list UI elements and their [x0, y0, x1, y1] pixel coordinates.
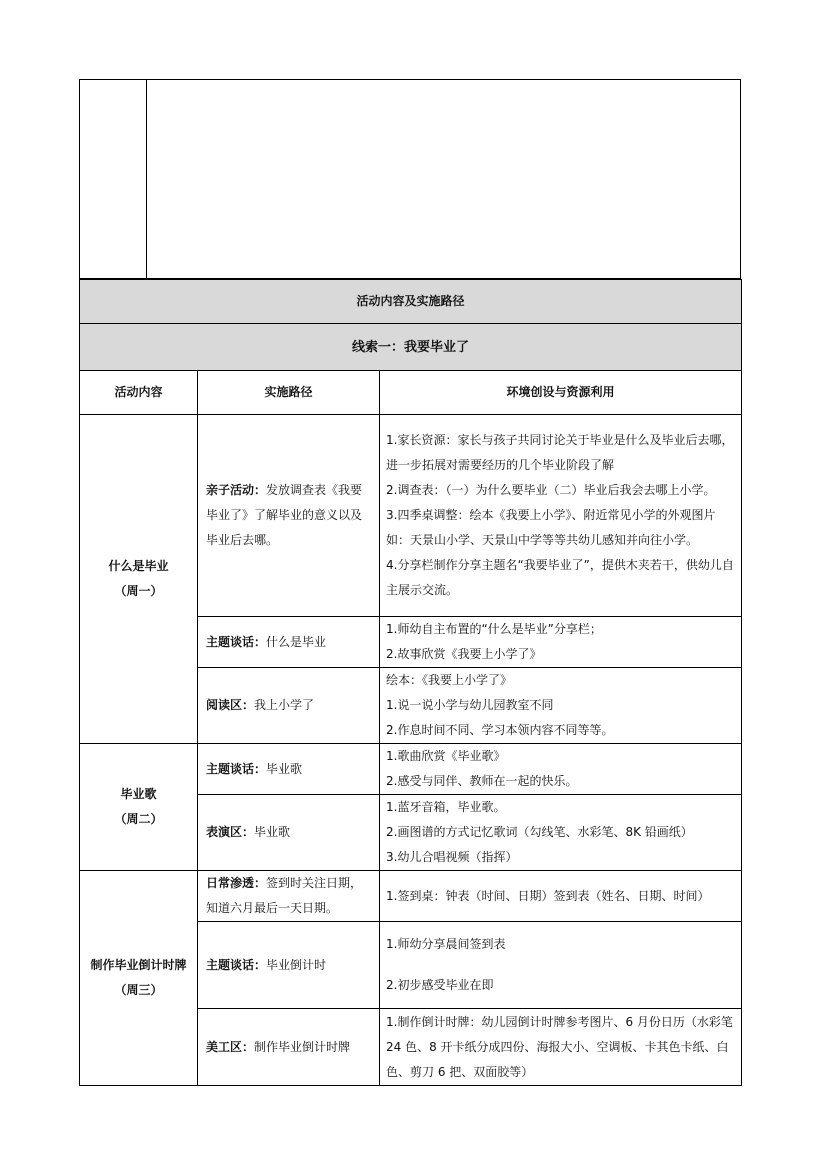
environment-cell: 1.蓝牙音箱，毕业歌。 2.画图谱的方式记忆歌词（勾线笔、水彩笔、8K 铅画纸）… — [380, 795, 742, 871]
section-title-row: 活动内容及实施路径 — [80, 280, 742, 324]
env-line: 1.家长资源：家长与孩子共同讨论关于毕业是什么及毕业后去哪，进一步拓展对需要经历… — [386, 428, 735, 478]
env-line: 2.调查表：（一）为什么要毕业（二）毕业后我会去哪上小学。 — [386, 478, 735, 503]
column-header-path: 实施路径 — [198, 371, 380, 415]
activity-cell: 什么是毕业 （周一） — [80, 415, 198, 744]
activity-plan-table: 活动内容及实施路径 线索一：我要毕业了 活动内容 实施路径 环境创设与资源利用 … — [79, 279, 742, 1086]
path-label: 主题谈话： — [206, 635, 266, 649]
environment-cell: 绘本：《我要上小学了》 1.说一说小学与幼儿园教室不同 2.作息时间不同、学习本… — [380, 668, 742, 744]
activity-day: （周二） — [88, 807, 189, 832]
env-line: 1.制作倒计时牌：幼儿园倒计时牌参考图片、6 月份日历（水彩笔 24 色、8 开… — [386, 1010, 735, 1085]
path-text: 毕业倒计时 — [266, 958, 326, 972]
path-label: 美工区： — [206, 1040, 254, 1054]
path-cell: 阅读区：我上小学了 — [198, 668, 380, 744]
env-line: 1.蓝牙音箱，毕业歌。 — [386, 795, 735, 820]
environment-cell: 1.家长资源：家长与孩子共同讨论关于毕业是什么及毕业后去哪，进一步拓展对需要经历… — [380, 415, 742, 617]
path-cell: 亲子活动：发放调查表《我要毕业了》了解毕业的意义以及毕业后去哪。 — [198, 415, 380, 617]
env-line: 绘本：《我要上小学了》 — [386, 668, 735, 693]
path-cell: 主题谈话：什么是毕业 — [198, 617, 380, 668]
env-line: 2.故事欣赏《我要上小学了》 — [386, 642, 735, 667]
env-line: 1.说一说小学与幼儿园教室不同 — [386, 693, 735, 718]
document-page: 活动内容及实施路径 线索一：我要毕业了 活动内容 实施路径 环境创设与资源利用 … — [0, 0, 827, 1170]
path-text: 我上小学了 — [254, 698, 314, 712]
table-row: 什么是毕业 （周一） 亲子活动：发放调查表《我要毕业了》了解毕业的意义以及毕业后… — [80, 415, 742, 617]
path-cell: 表演区：毕业歌 — [198, 795, 380, 871]
path-text: 什么是毕业 — [266, 635, 326, 649]
top-empty-left-cell — [80, 80, 147, 278]
path-cell: 日常渗透：签到时关注日期，知道六月最后一天日期。 — [198, 871, 380, 922]
activity-day: （周一） — [88, 579, 189, 604]
environment-cell: 1.歌曲欣赏《毕业歌》 2.感受与同伴、教师在一起的快乐。 — [380, 744, 742, 795]
path-label: 阅读区： — [206, 698, 254, 712]
environment-cell: 1.师幼自主布置的“什么是毕业”分享栏； 2.故事欣赏《我要上小学了》 — [380, 617, 742, 668]
env-line: 1.签到桌：钟表（时间、日期）签到表（姓名、日期、时间） — [386, 884, 735, 909]
path-label: 主题谈话： — [206, 762, 266, 776]
path-label: 日常渗透： — [206, 876, 266, 890]
path-cell: 主题谈话：毕业倒计时 — [198, 922, 380, 1009]
path-cell: 主题谈话：毕业歌 — [198, 744, 380, 795]
thread-title-row: 线索一：我要毕业了 — [80, 324, 742, 371]
path-text: 制作毕业倒计时牌 — [254, 1040, 350, 1054]
env-line: 1.师幼分享晨间签到表 — [386, 932, 735, 957]
activity-name: 什么是毕业 — [88, 554, 189, 579]
environment-cell: 1.师幼分享晨间签到表 2.初步感受毕业在即 — [380, 922, 742, 1009]
env-line: 2.画图谱的方式记忆歌词（勾线笔、水彩笔、8K 铅画纸） — [386, 820, 735, 845]
path-text: 毕业歌 — [266, 762, 302, 776]
env-line: 3.四季桌调整：绘本《我要上小学》、附近常见小学的外观图片如：天景山小学、天景山… — [386, 503, 735, 553]
env-line: 2.感受与同伴、教师在一起的快乐。 — [386, 769, 735, 794]
activity-cell: 毕业歌 （周二） — [80, 744, 198, 871]
environment-cell: 1.签到桌：钟表（时间、日期）签到表（姓名、日期、时间） — [380, 871, 742, 922]
path-label: 亲子活动： — [206, 483, 266, 497]
path-cell: 美工区：制作毕业倒计时牌 — [198, 1009, 380, 1086]
column-header-environment: 环境创设与资源利用 — [380, 371, 742, 415]
env-line: 2.作息时间不同、学习本领内容不同等等。 — [386, 718, 735, 743]
env-line: 4.分享栏制作分享主题名“我要毕业了”，提供木夹若干，供幼儿自主展示交流。 — [386, 553, 735, 603]
env-line: 1.歌曲欣赏《毕业歌》 — [386, 744, 735, 769]
environment-cell: 1.制作倒计时牌：幼儿园倒计时牌参考图片、6 月份日历（水彩笔 24 色、8 开… — [380, 1009, 742, 1086]
column-header-row: 活动内容 实施路径 环境创设与资源利用 — [80, 371, 742, 415]
table-row: 制作毕业倒计时牌 （周三） 日常渗透：签到时关注日期，知道六月最后一天日期。 1… — [80, 871, 742, 922]
activity-name: 制作毕业倒计时牌 — [88, 953, 189, 978]
env-line: 2.初步感受毕业在即 — [386, 973, 735, 998]
thread-title: 线索一：我要毕业了 — [80, 324, 742, 371]
path-label: 表演区： — [206, 825, 254, 839]
top-empty-block — [79, 79, 741, 279]
env-line: 3.幼儿合唱视频（指挥） — [386, 845, 735, 870]
activity-name: 毕业歌 — [88, 782, 189, 807]
path-text: 毕业歌 — [254, 825, 290, 839]
activity-cell: 制作毕业倒计时牌 （周三） — [80, 871, 198, 1086]
env-line-spacer — [386, 957, 735, 973]
path-label: 主题谈话： — [206, 958, 266, 972]
table-row: 毕业歌 （周二） 主题谈话：毕业歌 1.歌曲欣赏《毕业歌》 2.感受与同伴、教师… — [80, 744, 742, 795]
column-header-activity: 活动内容 — [80, 371, 198, 415]
env-line: 1.师幼自主布置的“什么是毕业”分享栏； — [386, 617, 735, 642]
activity-day: （周三） — [88, 978, 189, 1003]
section-title: 活动内容及实施路径 — [80, 280, 742, 324]
